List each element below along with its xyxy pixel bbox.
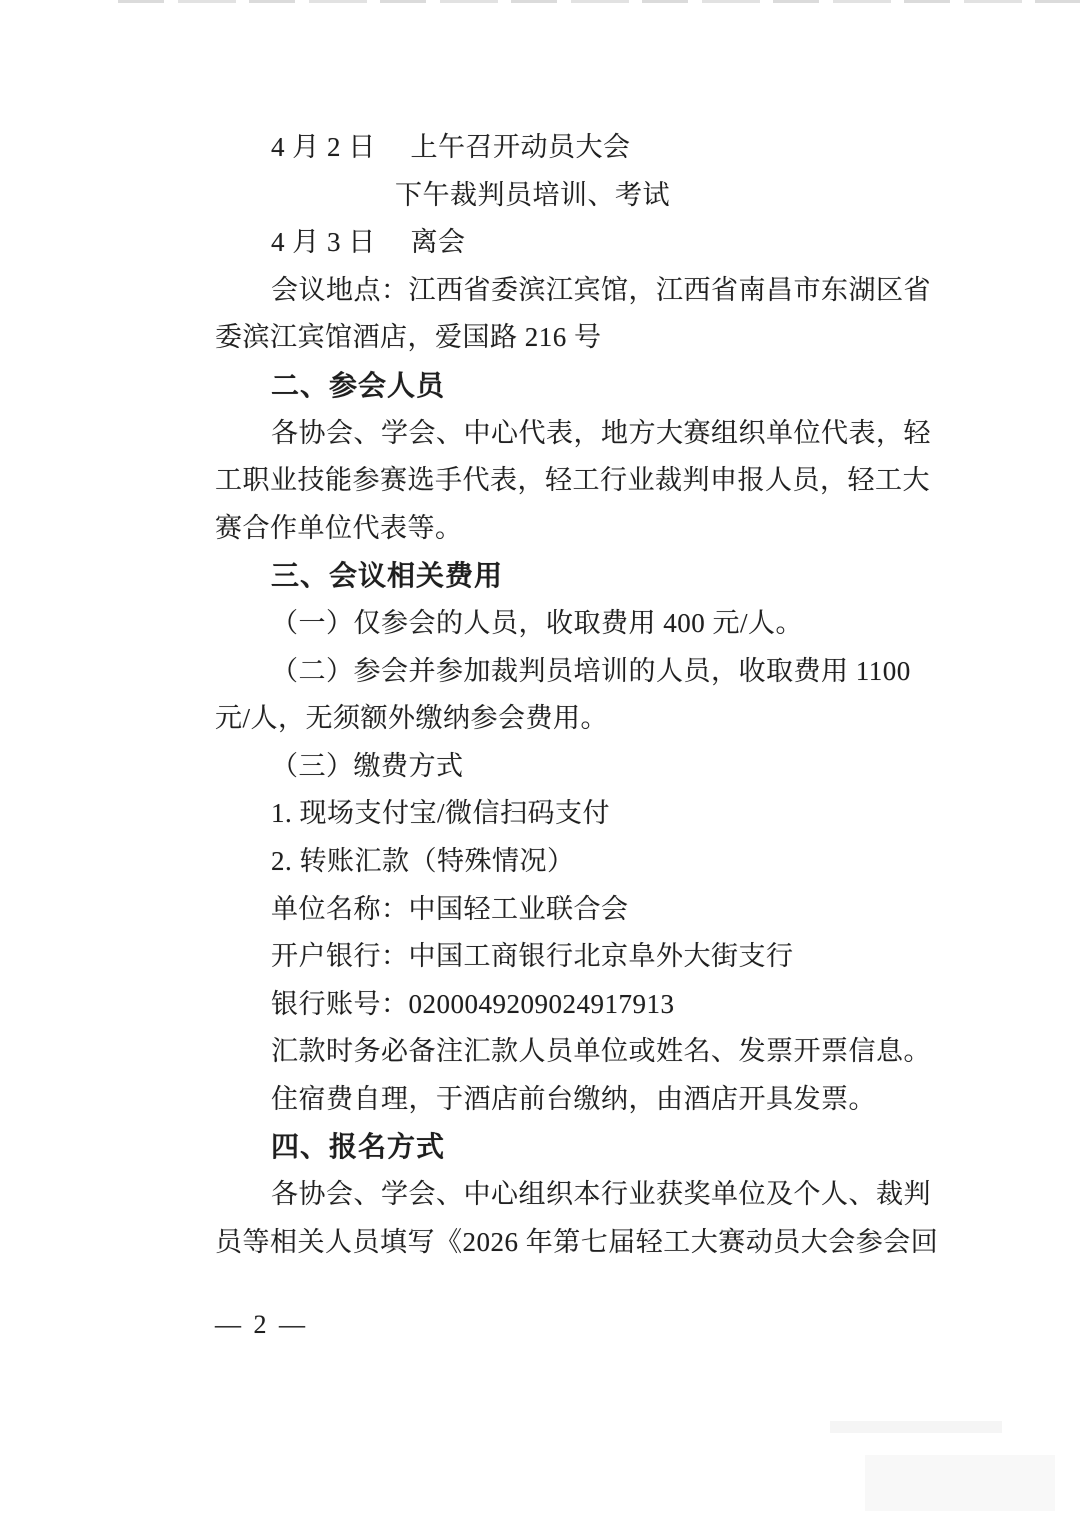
doc-line-fee-attend-only: （一）仅参会的人员，收取费用 400 元/人。 (215, 600, 867, 648)
doc-line-lodging-note: 住宿费自理，于酒店前台缴纳，由酒店开具发票。 (215, 1076, 867, 1124)
doc-line-registration-1: 各协会、学会、中心组织本行业获奖单位及个人、裁判 (215, 1171, 867, 1219)
doc-line-fee-training-2: 元/人，无须额外缴纳参会费用。 (215, 695, 867, 743)
doc-line-schedule-apr3: 4 月 3 日 离会 (215, 219, 867, 267)
doc-line-participants-1: 各协会、学会、中心代表，地方大赛组织单位代表，轻 (215, 410, 867, 458)
doc-line-payment-methods: （三）缴费方式 (215, 743, 867, 791)
scan-blemish-strip (830, 1421, 1002, 1433)
doc-heading-registration: 四、报名方式 (215, 1123, 867, 1171)
doc-line-schedule-apr2-pm: 下午裁判员培训、考试 (215, 172, 867, 220)
doc-line-payment-transfer: 2. 转账汇款（特殊情况） (215, 838, 867, 886)
doc-line-payment-onsite: 1. 现场支付宝/微信扫码支付 (215, 790, 867, 838)
doc-line-participants-3: 赛合作单位代表等。 (215, 505, 867, 553)
doc-heading-participants: 二、参会人员 (215, 362, 867, 410)
doc-heading-fees: 三、会议相关费用 (215, 552, 867, 600)
doc-line-fee-training-1: （二）参会并参加裁判员培训的人员，收取费用 1100 (215, 648, 867, 696)
doc-line-bank-name: 开户银行：中国工商银行北京阜外大街支行 (215, 933, 867, 981)
doc-line-bank-account-number: 银行账号：0200049209024917913 (215, 981, 867, 1029)
doc-line-venue-2: 委滨江宾馆酒店，爱国路 216 号 (215, 314, 867, 362)
doc-line-remit-note: 汇款时务必备注汇款人员单位或姓名、发票开票信息。 (215, 1028, 867, 1076)
page-number: — 2 — (215, 1305, 867, 1345)
document-body: 4 月 2 日 上午召开动员大会 下午裁判员培训、考试 4 月 3 日 离会 会… (215, 124, 867, 1345)
doc-line-venue-1: 会议地点：江西省委滨江宾馆，江西省南昌市东湖区省 (215, 267, 867, 315)
doc-line-participants-2: 工职业技能参赛选手代表，轻工行业裁判申报人员，轻工大 (215, 457, 867, 505)
scan-blemish-block (865, 1455, 1055, 1511)
doc-line-schedule-apr2: 4 月 2 日 上午召开动员大会 (215, 124, 867, 172)
scan-edge-artifact (118, 0, 1080, 3)
doc-line-account-name: 单位名称：中国轻工业联合会 (215, 886, 867, 934)
doc-line-registration-2: 员等相关人员填写《2026 年第七届轻工大赛动员大会参会回 (215, 1219, 867, 1267)
